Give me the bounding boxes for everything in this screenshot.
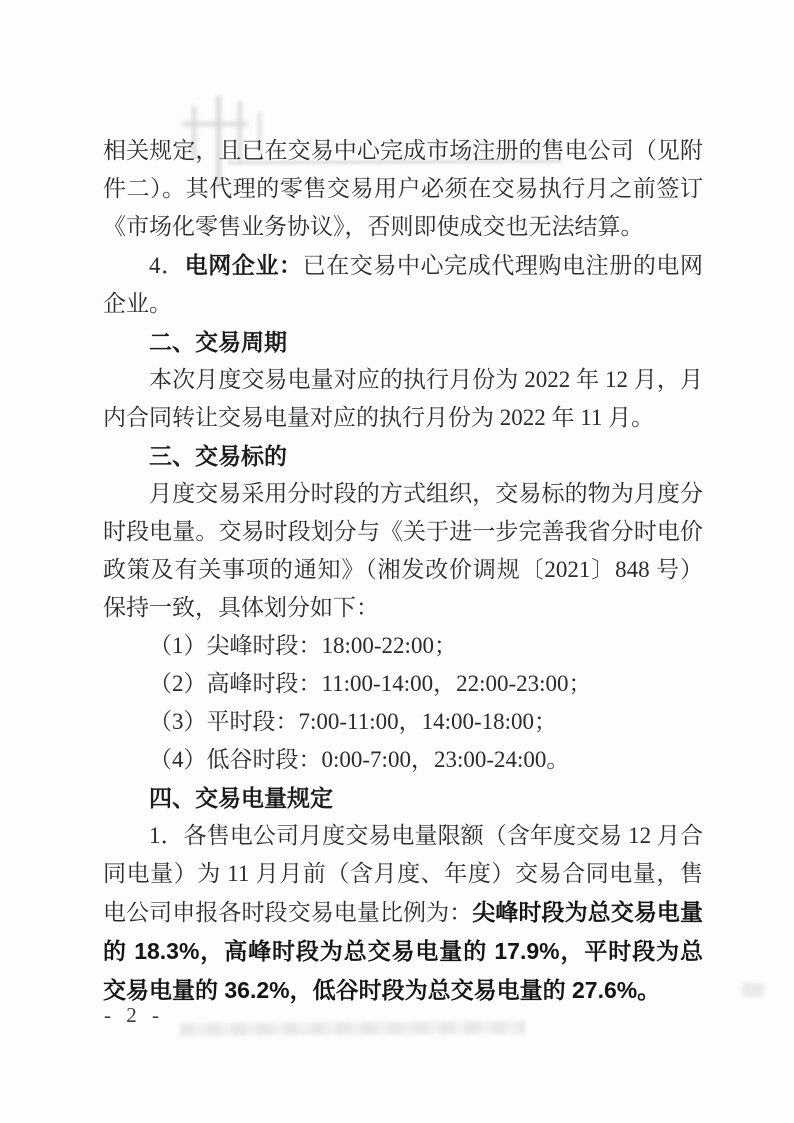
page-number: - 2 - [104, 1003, 164, 1028]
paragraph-section4-item1: 1．各售电公司月度交易电量限额（含年度交易 12 月合同电量）为 11 月月前（… [103, 817, 703, 1010]
paragraph-continuation: 相关规定，且已在交易中心完成市场注册的售电公司（见附件二）。其代理的零售交易用户… [103, 132, 703, 246]
list-item-peak-period: （1）尖峰时段：18:00-22:00； [103, 627, 703, 665]
list-item-high-period: （2）高峰时段：11:00-14:00，22:00-23:00； [103, 665, 703, 703]
list-item-valley-period: （4）低谷时段：0:00-7:00，23:00-24:00。 [103, 741, 703, 779]
scanned-document-page: 相关规定，且已在交易中心完成市场注册的售电公司（见附件二）。其代理的零售交易用户… [0, 0, 794, 1123]
heading-section2-trading-period: 二、交易周期 [103, 323, 703, 361]
item4-number: 4． [149, 253, 185, 278]
heading-section4-volume-rules: 四、交易电量规定 [103, 779, 703, 817]
paragraph-item4-grid-enterprise: 4．电网企业：已在交易中心完成代理购电注册的电网企业。 [103, 246, 703, 323]
item4-term: 电网企业： [185, 252, 303, 278]
document-body: 相关规定，且已在交易中心完成市场注册的售电公司（见附件二）。其代理的零售交易用户… [103, 132, 703, 1010]
paragraph-section3: 月度交易采用分时段的方式组织，交易标的物为月度分时段电量。交易时段划分与《关于进… [103, 475, 703, 627]
scan-artifact-stroke [182, 122, 248, 126]
scan-artifact-bottom-smudge [180, 1021, 525, 1036]
heading-section3-trading-subject: 三、交易标的 [103, 437, 703, 475]
paragraph-section2: 本次月度交易电量对应的执行月份为 2022 年 12 月，月内合同转让交易电量对… [103, 361, 703, 437]
list-item-flat-period: （3）平时段：7:00-11:00，14:00-18:00； [103, 703, 703, 741]
scan-artifact-edge-mark [742, 983, 764, 997]
